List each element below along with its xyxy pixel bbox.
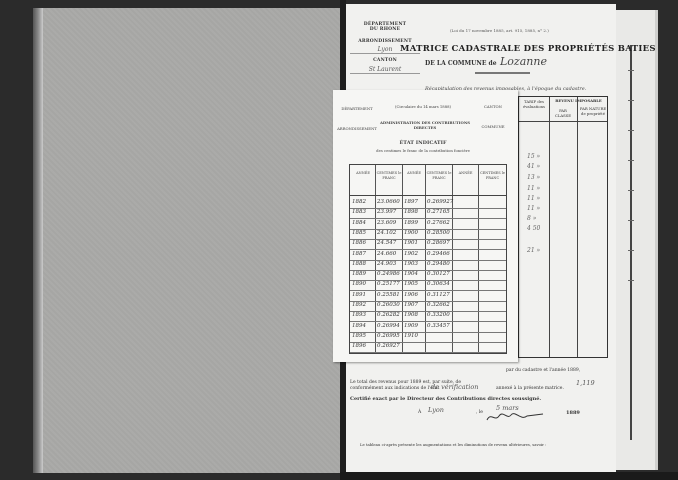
table-cell: 0.26282 [377,312,400,318]
table-cell: 1905 [404,281,418,287]
scan-bottom-edge [340,472,678,480]
table-cell: 1895 [352,333,366,339]
table-cell: 0.33200 [427,312,450,318]
table-cell: 0.27165 [427,209,450,215]
table-cell: 1896 [352,343,366,349]
binding-edge [33,8,43,473]
table-cell: 0.33457 [427,323,450,329]
centimes-table: ANNÉE CENTIMES le FRANC ANNÉE CENTIMES l… [349,164,507,354]
table-cell: 1904 [404,271,418,277]
table-cell: 24.547 [377,240,396,246]
table-cell: 1890 [352,281,366,287]
table-cell: 0.28697 [427,240,450,246]
table-cell: 1882 [352,199,366,205]
table-cell: 1909 [404,323,418,329]
table-cell: 23.0660 [377,199,400,205]
table-cell: 23.997 [377,209,396,215]
table-cell: 24.660 [377,251,396,257]
total-value: 1,119 [576,379,595,387]
table-cell: 1903 [404,261,418,267]
canton-handwritten: St Laurent [350,66,420,74]
left-cover-board [33,8,343,473]
table-cell: 1908 [404,312,418,318]
table-cell: 1894 [352,323,366,329]
table-cell: 0.26030 [377,302,400,308]
table-cell: 0.26927 [377,343,400,349]
table-cell: 1910 [404,333,418,339]
table-cell: 1892 [352,302,366,308]
table-cell: 24.102 [377,230,396,236]
table-cell: 0.28500 [427,230,450,236]
table-cell: 1889 [352,271,366,277]
table-cell: 1883 [352,209,366,215]
table-cell: 1899 [404,220,418,226]
table-cell: 1901 [404,240,418,246]
table-cell: 0.29466 [427,251,450,257]
table-cell: 1902 [404,251,418,257]
table-cell: 1886 [352,240,366,246]
table-cell: 1887 [352,251,366,257]
table-cell: 0.30127 [427,271,450,277]
table-cell: 23.609 [377,220,396,226]
inserted-slip: DÉPARTEMENT (Circulaire du 14 mars 1888)… [333,90,518,362]
table-cell: 1891 [352,292,366,298]
table-cell: 0.24986 [377,271,400,277]
table-cell: 0.25581 [377,292,400,298]
commune-handwritten: Lozanne [500,55,547,68]
table-cell: 1898 [404,209,418,215]
table-cell: 0.31127 [427,292,450,298]
table-cell: 24.903 [377,261,396,267]
table-cell: 0.269927 [427,199,453,205]
title-underline [475,72,530,74]
commune-label: DE LA COMMUNE de [425,60,497,67]
table-cell: 1907 [404,302,418,308]
tarif-table: TARIF des évaluations REVENU IMPOSABLE P… [518,96,608,358]
table-cell: 0.26995 [377,333,400,339]
table-cell: 0.32662 [427,302,450,308]
table-cell: 0.27662 [427,220,450,226]
table-cell: 1884 [352,220,366,226]
table-cell: 0.29480 [427,261,450,267]
table-cell: 1888 [352,261,366,267]
table-cell: 0.25177 [377,281,400,287]
table-cell: 0.26994 [377,323,400,329]
table-cell: 1906 [404,292,418,298]
law-reference: (Loi du 17 novembre 1885, art. 915, 1885… [450,28,549,33]
document-title: MATRICE CADASTRALE DES PROPRIÉTÉS BATIES [400,44,656,54]
table-cell: 1900 [404,230,418,236]
director-signature [485,410,545,424]
table-cell: 1897 [404,199,418,205]
table-cell: 1885 [352,230,366,236]
table-cell: 1893 [352,312,366,318]
table-cell: 0.30634 [427,281,450,287]
